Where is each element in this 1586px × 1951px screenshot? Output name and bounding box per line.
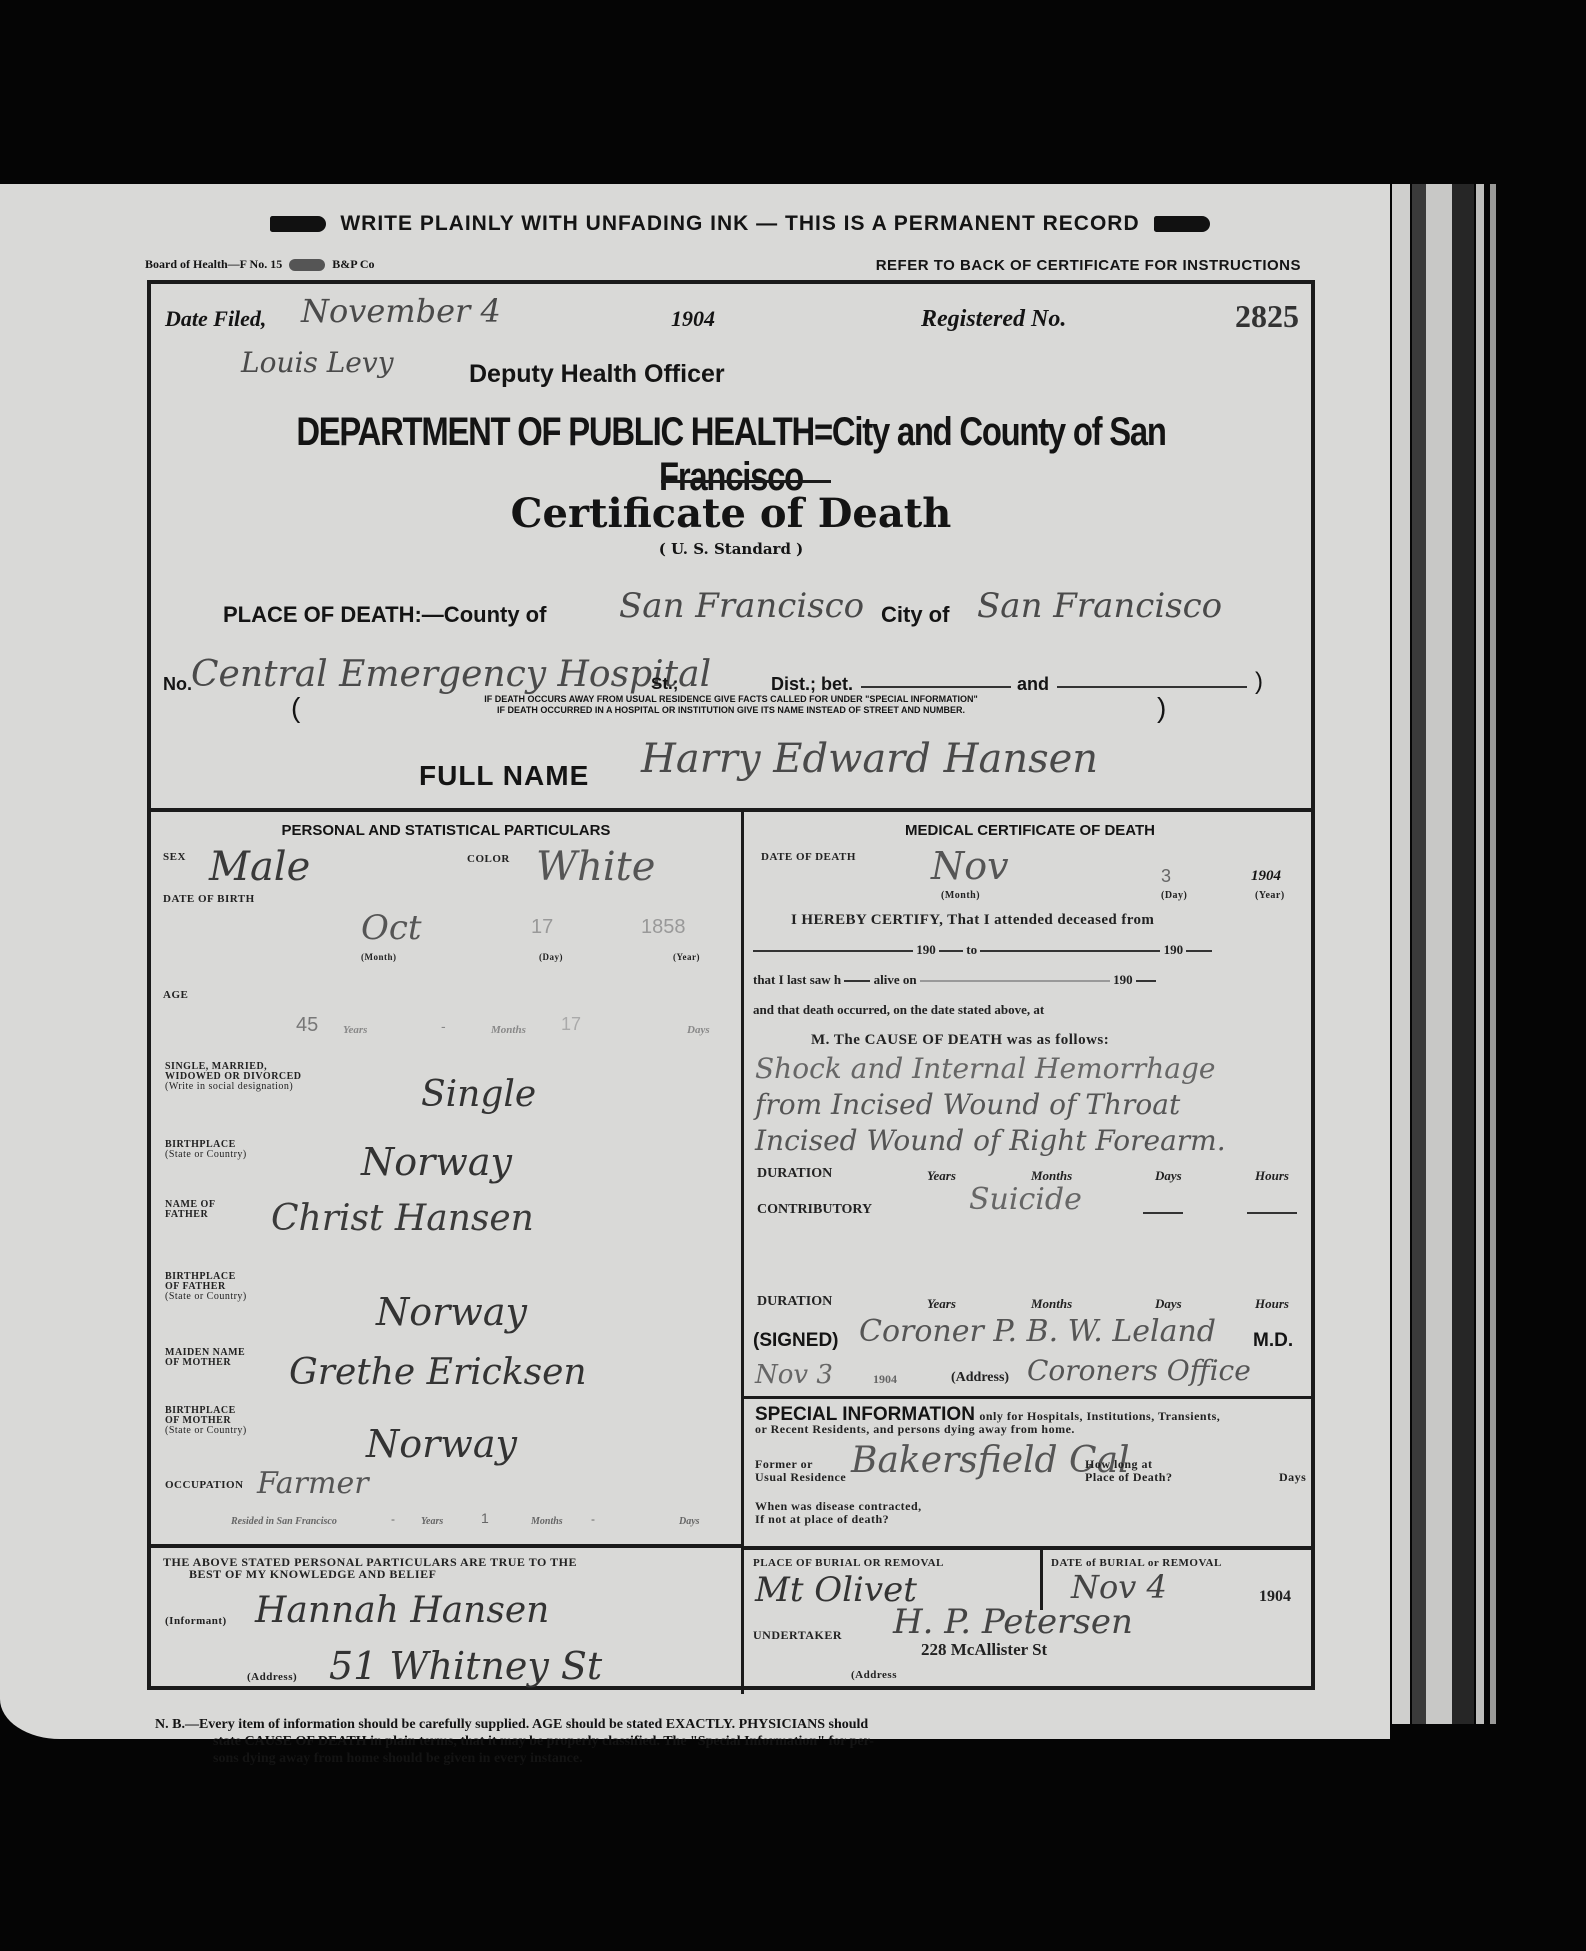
informant-label: (Informant) xyxy=(165,1616,227,1627)
from-year-blank xyxy=(939,950,963,952)
dob-label: DATE OF BIRTH xyxy=(163,894,255,905)
mother-label-line: OF MOTHER xyxy=(165,1358,245,1368)
place-of-death-label: PLACE OF DEATH:—County of xyxy=(223,602,546,628)
county-value: San Francisco xyxy=(619,586,864,626)
age-label: AGE xyxy=(163,990,188,1001)
street-label: St.; xyxy=(651,674,678,694)
to-year-blank xyxy=(1186,950,1212,952)
informant-statement: THE ABOVE STATED PERSONAL PARTICULARS AR… xyxy=(163,1556,577,1580)
full-name-label: FULL NAME xyxy=(419,760,589,792)
pointing-hand-icon xyxy=(1154,216,1210,232)
dob-month-label: (Month) xyxy=(361,952,397,963)
book-page-edges xyxy=(1390,184,1510,1724)
age-years: 45 xyxy=(296,1014,318,1037)
mother-bp-label-line: (State or Country) xyxy=(165,1426,247,1436)
undertaker-address-row: 228 McAllister St xyxy=(921,1640,1047,1660)
medical-heading: MEDICAL CERTIFICATE OF DEATH xyxy=(745,822,1315,839)
undertaker-address: 228 McAllister St xyxy=(921,1640,1047,1659)
section-divider xyxy=(151,808,1311,812)
sex-label: SEX xyxy=(163,852,186,863)
last-saw-line: that I last saw h alive on 190 xyxy=(753,972,1156,988)
number-label: No. xyxy=(163,674,192,695)
resided-years: - xyxy=(391,1512,395,1526)
age-months-label: Months xyxy=(491,1024,526,1036)
occupation-value: Farmer xyxy=(257,1466,369,1501)
resided-days-label: Days xyxy=(679,1516,700,1527)
department-title: DEPARTMENT OF PUBLIC HEALTH=City and Cou… xyxy=(255,410,1206,500)
duration-hours-2: Hours xyxy=(1255,1296,1289,1312)
father-label-line: FATHER xyxy=(165,1210,215,1220)
dod-day: 3 xyxy=(1161,866,1171,887)
banner-text: WRITE PLAINLY WITH UNFADING INK — THIS I… xyxy=(340,212,1139,235)
dod-month-label: (Month) xyxy=(941,890,980,901)
resided-years-label: Years xyxy=(421,1516,443,1527)
occupation-label: OCCUPATION xyxy=(165,1480,244,1491)
informant-name: Hannah Hansen xyxy=(255,1590,549,1631)
informant-divider xyxy=(151,1544,743,1548)
dob-day: 17 xyxy=(531,916,553,939)
death-occurred-line: and that death occurred, on the date sta… xyxy=(753,1002,1044,1018)
md-label: M.D. xyxy=(1253,1330,1293,1352)
standard-label: ( U. S. Standard ) xyxy=(151,540,1311,558)
date-filed-value: November 4 xyxy=(301,292,501,330)
column-divider-lower xyxy=(741,1546,744,1694)
undertaker-address-label: (Address xyxy=(851,1670,897,1681)
dod-label: DATE OF DEATH xyxy=(761,852,856,863)
alive-year: 190 xyxy=(1113,972,1133,987)
burial-year: 1904 xyxy=(1259,1588,1291,1606)
alive-on-blank xyxy=(920,980,1110,982)
father-birthplace-value: Norway xyxy=(376,1290,527,1334)
last-saw-label: that I last saw h xyxy=(753,972,841,987)
special-note-2: or Recent Residents, and persons dying a… xyxy=(755,1424,1075,1435)
cause-line-2: from Incised Wound of Throat xyxy=(755,1088,1180,1121)
color-value: White xyxy=(536,844,655,890)
city-value: San Francisco xyxy=(977,586,1222,626)
duration-days: Days xyxy=(1155,1168,1182,1184)
cause-line-1: Shock and Internal Hemorrhage xyxy=(755,1052,1215,1085)
to-label: to xyxy=(966,942,977,957)
pointing-hand-icon xyxy=(270,216,326,232)
mother-birthplace-label: BIRTHPLACE OF MOTHER (State or Country) xyxy=(165,1406,247,1436)
bracket: ( xyxy=(291,692,300,724)
bracket: ) xyxy=(1255,668,1263,696)
color-label: COLOR xyxy=(467,854,510,865)
signed-date: Nov 3 xyxy=(755,1360,833,1390)
to-year: 190 xyxy=(1164,942,1184,957)
from-year: 190 xyxy=(916,942,936,957)
medical-address: Coroners Office xyxy=(1027,1354,1251,1387)
printer-seal-icon xyxy=(289,259,325,271)
undertaker-label: UNDERTAKER xyxy=(753,1630,842,1641)
to-blank xyxy=(980,950,1160,952)
duration-days-2: Days xyxy=(1155,1296,1182,1312)
footnote: N. B.—Every item of information should b… xyxy=(155,1716,1235,1767)
duration-label: DURATION xyxy=(757,1166,832,1182)
mother-label: MAIDEN NAME OF MOTHER xyxy=(165,1348,245,1368)
instructions-note: REFER TO BACK OF CERTIFICATE FOR INSTRUC… xyxy=(876,257,1301,274)
pronoun-blank xyxy=(844,980,870,982)
footnote-line: state CAUSE OF DEATH in plain terms, tha… xyxy=(155,1733,1235,1750)
birthplace-label-line: (State or Country) xyxy=(165,1150,247,1160)
medical-address-label: (Address) xyxy=(951,1370,1009,1386)
marital-label-line: (Write in social designation) xyxy=(165,1082,302,1092)
place-note: IF DEATH OCCURS AWAY FROM USUAL RESIDENC… xyxy=(311,694,1151,716)
age-days-label: Days xyxy=(687,1024,710,1036)
informant-address-label: (Address) xyxy=(247,1672,297,1683)
place-value: Central Emergency Hospital xyxy=(191,654,711,695)
special-divider xyxy=(743,1396,1311,1399)
title-divider xyxy=(661,480,831,483)
resided-days: - xyxy=(591,1512,595,1526)
father-birthplace-label: BIRTHPLACE OF FATHER (State or Country) xyxy=(165,1272,247,1302)
registered-label: Registered No. xyxy=(921,306,1066,333)
personal-heading: PERSONAL AND STATISTICAL PARTICULARS xyxy=(151,822,741,839)
age-years-label: Years xyxy=(343,1024,367,1036)
mother-value: Grethe Ericksen xyxy=(289,1352,587,1393)
sex-value: Male xyxy=(209,844,310,890)
dob-year: 1858 xyxy=(641,916,686,939)
duration-years: Years xyxy=(927,1168,956,1184)
full-name-value: Harry Edward Hansen xyxy=(641,736,1098,782)
age-days: 17 xyxy=(561,1014,581,1035)
registered-number: 2825 xyxy=(1235,298,1299,335)
father-value: Christ Hansen xyxy=(271,1198,534,1239)
marital-value: Single xyxy=(421,1074,536,1115)
resided-label: Resided in San Francisco xyxy=(231,1516,337,1527)
signed-year: 1904 xyxy=(873,1372,897,1387)
dod-day-label: (Day) xyxy=(1161,890,1187,901)
footnote-line: N. B.—Every item of information should b… xyxy=(155,1716,1235,1733)
burial-place-label: PLACE OF BURIAL OR REMOVAL xyxy=(753,1558,944,1569)
resided-months: 1 xyxy=(481,1510,489,1526)
date-filed-label: Date Filed, xyxy=(165,306,266,332)
certify-statement: I HEREBY CERTIFY, That I attended deceas… xyxy=(791,912,1154,929)
duration-months-2: Months xyxy=(1031,1296,1072,1312)
dob-month: Oct xyxy=(361,908,422,948)
burial-divider xyxy=(743,1546,1311,1550)
informant-address: 51 Whitney St xyxy=(329,1644,602,1688)
father-label: NAME OF FATHER xyxy=(165,1200,215,1220)
informant-statement-line: BEST OF MY KNOWLEDGE AND BELIEF xyxy=(163,1568,577,1580)
cause-line-3: Incised Wound of Right Forearm. xyxy=(755,1124,1226,1157)
birthplace-label: BIRTHPLACE (State or Country) xyxy=(165,1140,247,1160)
burial-divider-vertical xyxy=(1040,1550,1043,1610)
alive-year-blank xyxy=(1136,980,1156,982)
district-blank xyxy=(861,686,1011,688)
father-bp-label-line: (State or Country) xyxy=(165,1292,247,1302)
district-label: Dist.; bet. xyxy=(771,674,853,695)
cause-heading: M. The CAUSE OF DEATH was as follows: xyxy=(811,1032,1109,1049)
bracket: ) xyxy=(1157,692,1166,724)
alive-on-label: alive on xyxy=(874,972,917,987)
place-note-line: IF DEATH OCCURRED IN A HOSPITAL OR INSTI… xyxy=(311,705,1151,716)
contracted-label: When was disease contracted, If not at p… xyxy=(755,1500,922,1526)
and-label: and xyxy=(1017,674,1049,695)
signed-value: Coroner P. B. W. Leland xyxy=(859,1314,1216,1349)
contributory-blank xyxy=(1247,1212,1297,1214)
how-long-label: How long at Place of Death? xyxy=(1085,1458,1172,1484)
filed-year: 1904 xyxy=(671,306,715,332)
signed-label: (SIGNED) xyxy=(753,1330,839,1352)
place-note-line: IF DEATH OCCURS AWAY FROM USUAL RESIDENC… xyxy=(311,694,1151,705)
from-blank xyxy=(753,950,913,952)
attended-dates: 190 to 190 xyxy=(753,942,1307,958)
dod-year: 1904 xyxy=(1251,868,1281,885)
birthplace-value: Norway xyxy=(361,1140,512,1184)
how-long-label-line: Place of Death? xyxy=(1085,1471,1172,1484)
special-note: only for Hospitals, Institutions, Transi… xyxy=(979,1409,1220,1423)
contributory-value: Suicide xyxy=(969,1182,1082,1217)
officer-signature: Louis Levy xyxy=(241,346,394,379)
printer-text: B&P Co xyxy=(332,257,374,271)
and-blank xyxy=(1057,686,1247,688)
burial-date-value: Nov 4 xyxy=(1071,1568,1167,1606)
certificate-frame: Date Filed, November 4 1904 Registered N… xyxy=(147,280,1315,1690)
mother-birthplace-value: Norway xyxy=(366,1422,517,1466)
former-label-line: Usual Residence xyxy=(755,1471,846,1484)
marital-label: SINGLE, MARRIED, WIDOWED OR DIVORCED (Wr… xyxy=(165,1062,302,1092)
dob-year-label: (Year) xyxy=(673,952,700,963)
age-months: - xyxy=(441,1018,446,1034)
form-number-text: Board of Health—F No. 15 xyxy=(145,257,282,271)
footnote-line: sons dying away from home should be give… xyxy=(155,1750,1235,1767)
city-label: City of xyxy=(881,602,949,628)
column-divider xyxy=(741,808,744,1556)
resided-months-label: Months xyxy=(531,1516,563,1527)
officer-title: Deputy Health Officer xyxy=(469,360,725,389)
duration-years-2: Years xyxy=(927,1296,956,1312)
certificate-title: Certificate of Death xyxy=(151,490,1311,537)
dob-day-label: (Day) xyxy=(539,952,563,963)
duration-label-2: DURATION xyxy=(757,1294,832,1310)
former-residence-label: Former or Usual Residence xyxy=(755,1458,846,1484)
banner: WRITE PLAINLY WITH UNFADING INK — THIS I… xyxy=(200,212,1280,236)
dod-year-label: (Year) xyxy=(1255,890,1285,901)
contracted-label-line: If not at place of death? xyxy=(755,1513,922,1526)
duration-hours: Hours xyxy=(1255,1168,1289,1184)
dod-month: Nov xyxy=(931,844,1009,888)
undertaker-value: H. P. Petersen xyxy=(893,1602,1133,1642)
contributory-label: CONTRIBUTORY xyxy=(757,1202,872,1218)
form-number: Board of Health—F No. 15 B&P Co xyxy=(145,257,375,272)
contributory-blank xyxy=(1143,1212,1183,1214)
how-long-days: Days xyxy=(1279,1472,1306,1483)
